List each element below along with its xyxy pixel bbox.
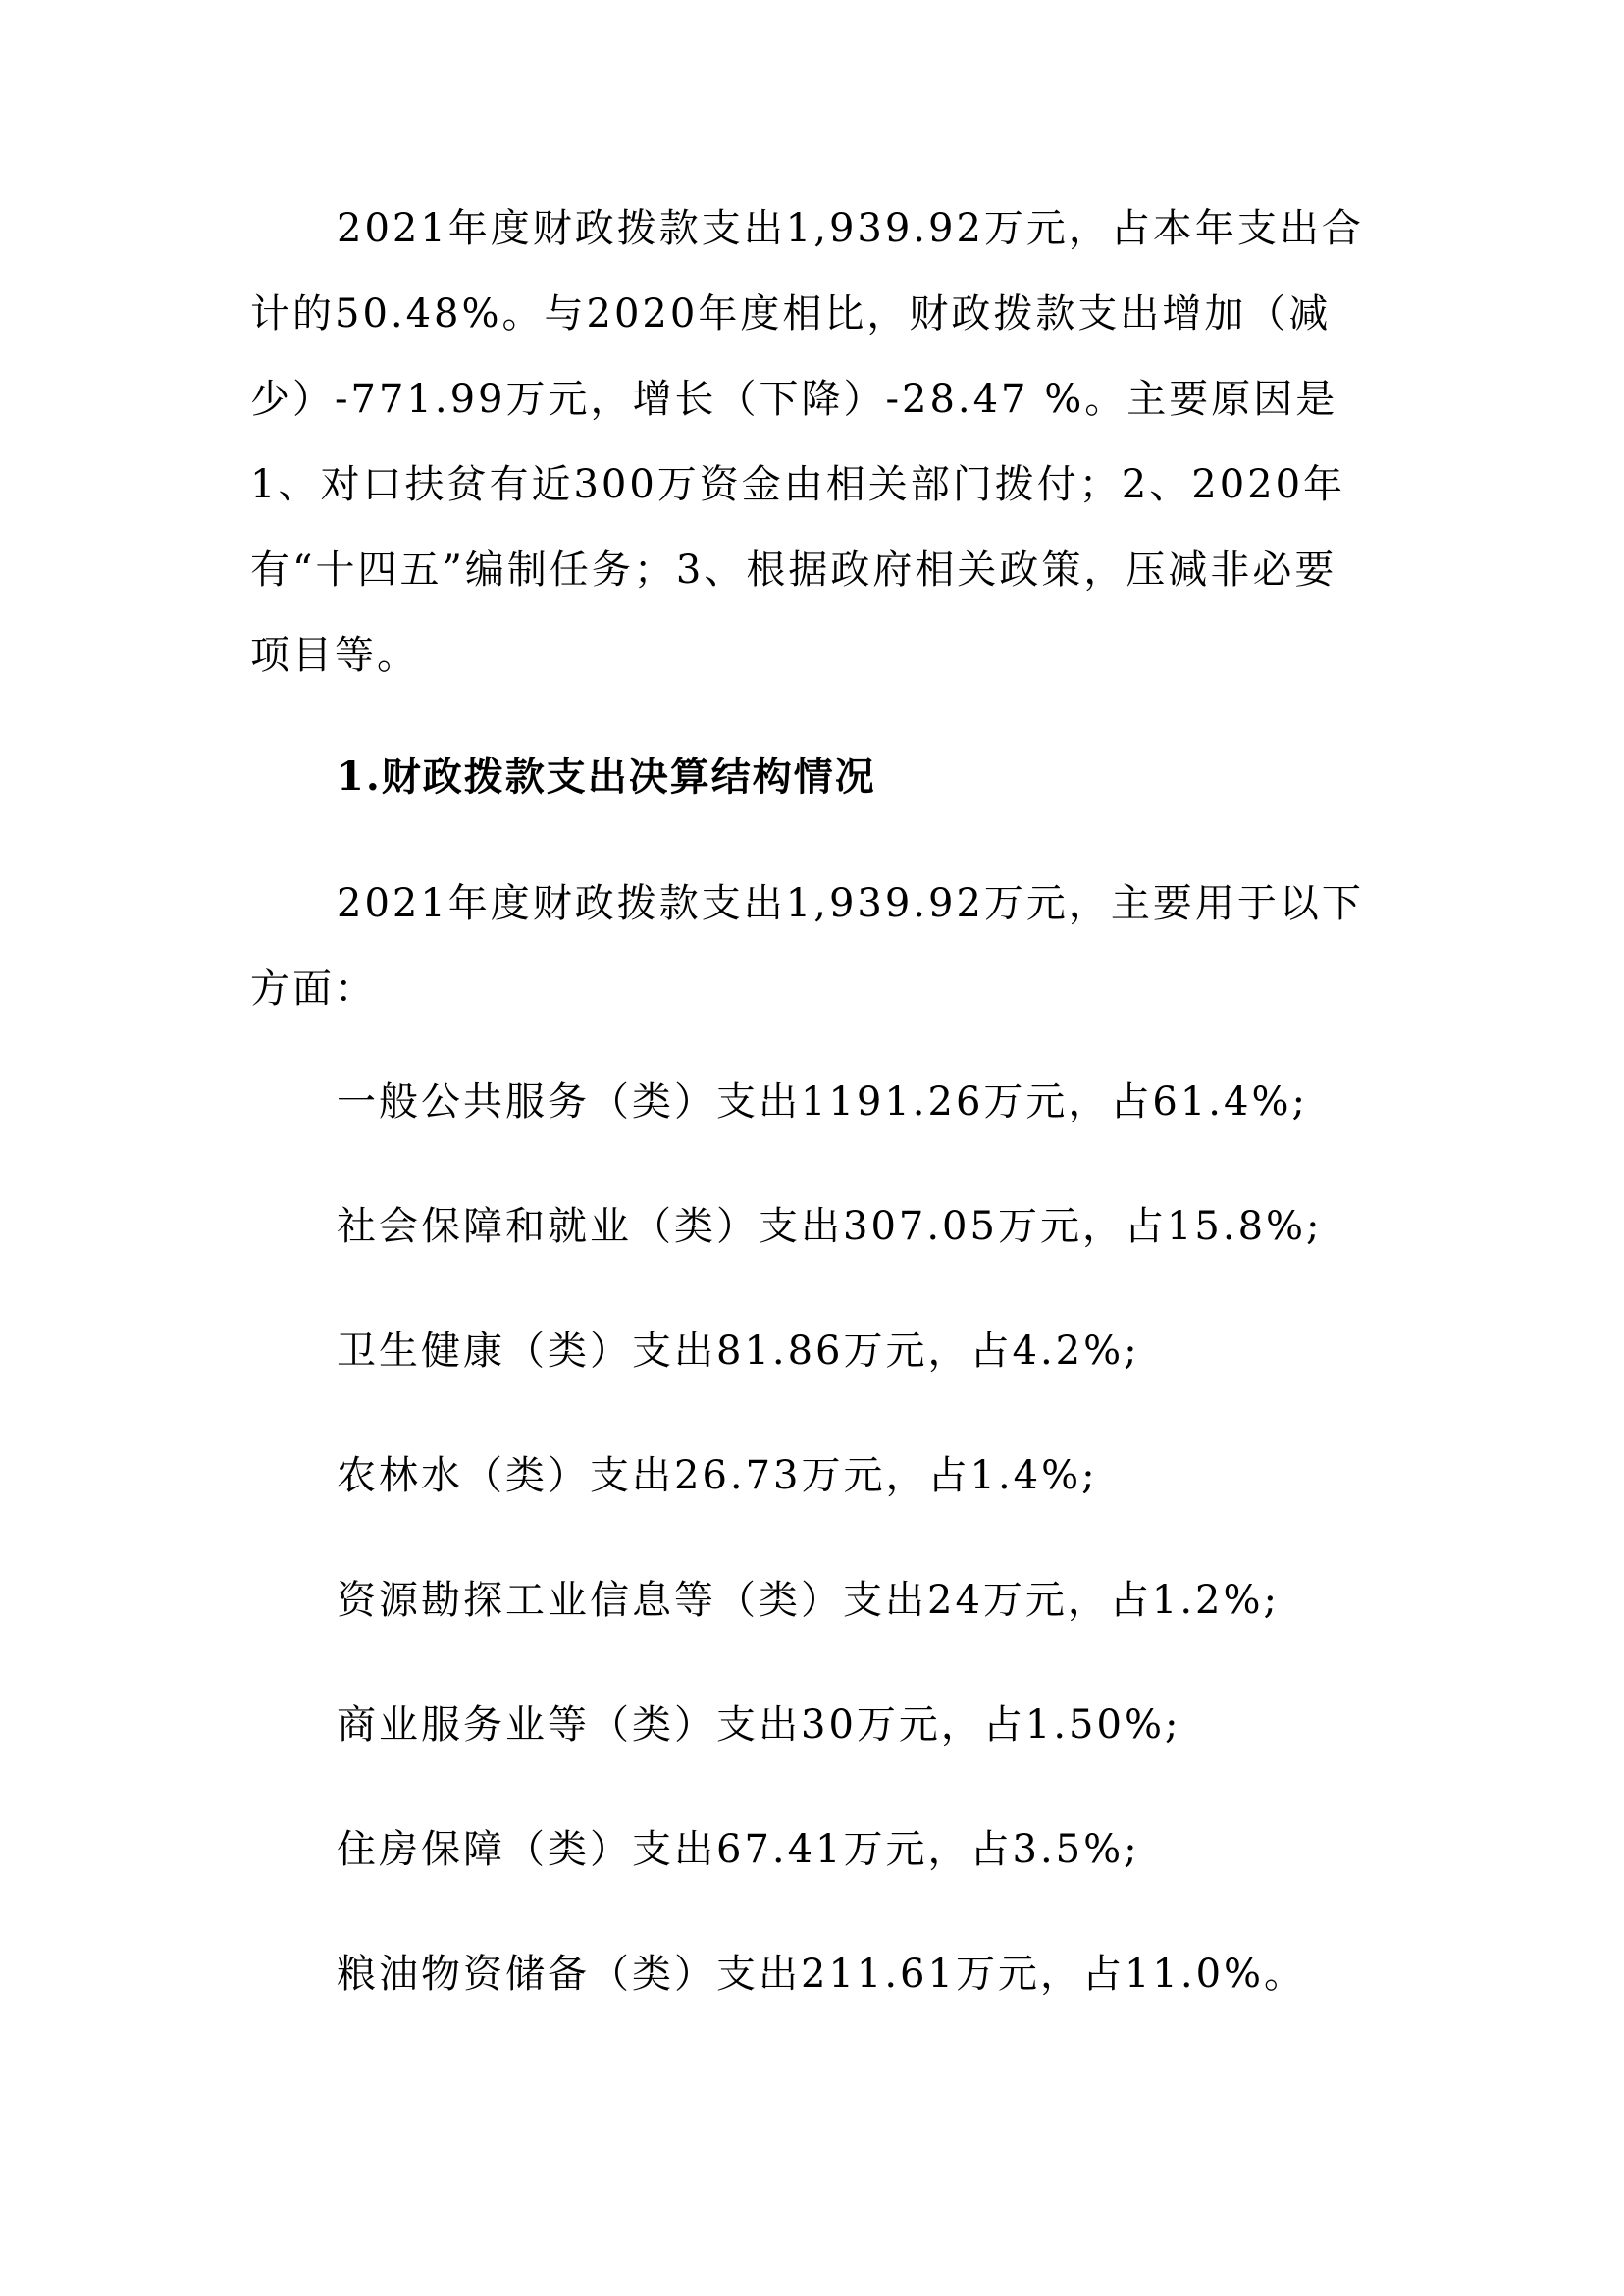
list-item: 资源勘探工业信息等（类）支出24万元，占1.2%; (337, 1558, 1323, 1683)
list-item: 农林水（类）支出26.73万元，占1.4%; (337, 1434, 1323, 1558)
expenditure-list: 一般公共服务（类）支出1191.26万元，占61.4%; 社会保障和就业（类）支… (337, 1060, 1323, 2057)
paragraph-expenditure-summary: 2021年度财政拨款支出1,939.92万元，占本年支出合计的50.48%。与2… (250, 186, 1379, 699)
list-item: 社会保障和就业（类）支出307.05万元，占15.8%; (337, 1184, 1323, 1309)
list-item: 商业服务业等（类）支出30万元，占1.50%; (337, 1683, 1323, 1807)
section-heading: 1.财政拨款支出决算结构情况 (337, 734, 876, 819)
list-item: 卫生健康（类）支出81.86万元，占4.2%; (337, 1309, 1323, 1434)
list-item: 住房保障（类）支出67.41万元，占3.5%; (337, 1807, 1323, 1932)
list-item: 一般公共服务（类）支出1191.26万元，占61.4%; (337, 1060, 1323, 1184)
list-item: 粮油物资储备（类）支出211.61万元，占11.0%。 (337, 1932, 1323, 2057)
document-page: 2021年度财政拨款支出1,939.92万元，占本年支出合计的50.48%。与2… (0, 0, 1624, 2296)
paragraph-expenditure-intro: 2021年度财政拨款支出1,939.92万元，主要用于以下方面： (250, 861, 1379, 1032)
